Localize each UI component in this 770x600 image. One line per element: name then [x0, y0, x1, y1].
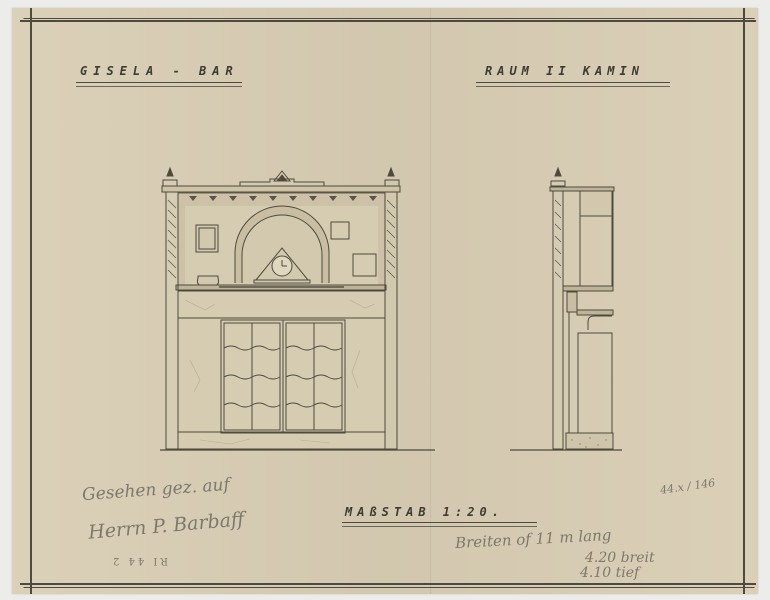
- handwritten-note-right-3: 4.10 tief: [580, 565, 639, 581]
- fireplace-drawing: [0, 0, 770, 600]
- stamp-text: RI 44 2: [110, 555, 168, 566]
- handwritten-note-right-2: 4.20 breit: [585, 550, 655, 566]
- front-elevation: [160, 168, 435, 450]
- side-section: [510, 168, 622, 450]
